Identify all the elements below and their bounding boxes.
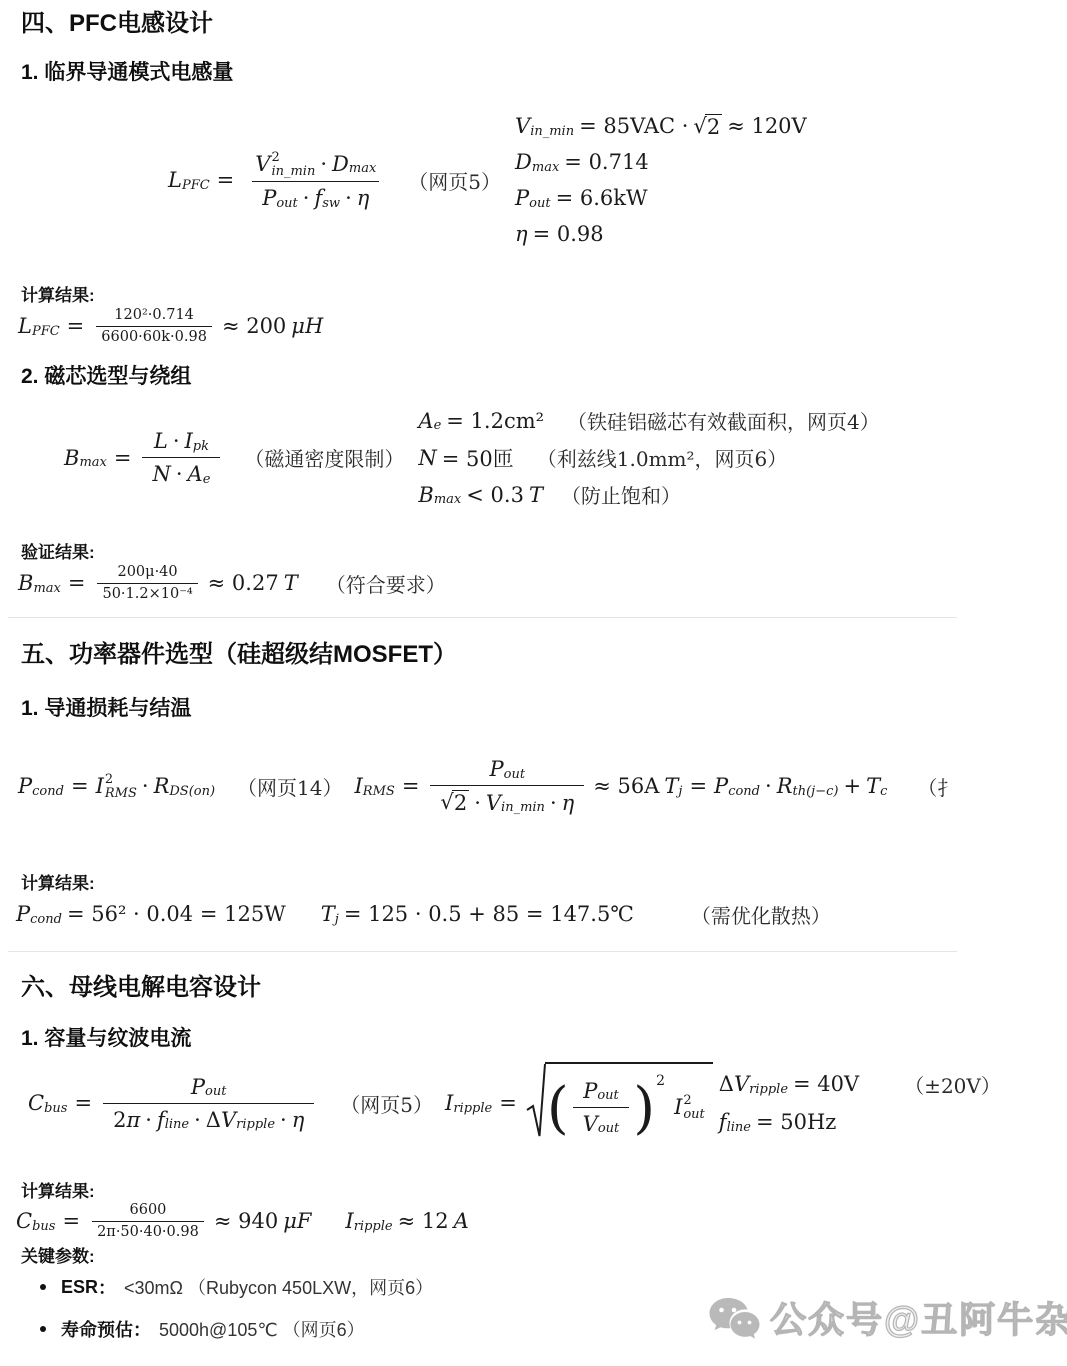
bullet-icon: [40, 1326, 46, 1332]
math-sub: in_min: [271, 165, 315, 179]
math-var: T: [866, 774, 880, 798]
lpfc-equation-row: LPFC = V2in_min · Dmax Pout · fsw · η （网…: [168, 108, 812, 252]
dot-operator: ·: [303, 186, 310, 210]
math-var: T: [664, 774, 678, 798]
math-var: P: [16, 902, 30, 926]
dot-operator: ·: [176, 462, 183, 486]
equals-sign: =: [689, 774, 707, 798]
given-line: Pout = 6.6kW: [515, 180, 653, 216]
equals-sign: =: [67, 314, 85, 338]
math-sub: j: [678, 784, 682, 799]
math-num: 2: [113, 1108, 126, 1132]
math-sub: bus: [44, 1101, 67, 1116]
math-sub: cond: [728, 784, 760, 799]
math-var: I: [445, 1091, 453, 1115]
math-var: V: [734, 1072, 749, 1096]
dot-operator: ·: [194, 1108, 201, 1132]
fraction-numerator: 6600: [125, 1201, 172, 1220]
lpfc-formula: LPFC = V2in_min · Dmax Pout · fsw · η: [168, 150, 390, 210]
fraction-numerator: Pout: [480, 757, 536, 785]
supsub: 2out: [683, 1094, 704, 1121]
equals-sign: =: [71, 774, 89, 798]
math-var: P: [583, 1079, 597, 1103]
math-var: η: [292, 1108, 305, 1132]
small-fraction: 66002π·50·40·0.98: [92, 1201, 204, 1240]
big-sqrt: ( Pout Vout ) 2 I2out: [526, 1062, 713, 1144]
math-var: D: [332, 152, 349, 176]
section-5-title: 五、功率器件选型（硅超级结MOSFET）: [21, 640, 457, 670]
math-sub: ripple: [453, 1101, 492, 1116]
equals-sign: =: [74, 1091, 92, 1115]
math-text: ≈ 56A: [593, 774, 659, 798]
math-var: η: [357, 186, 370, 210]
math-var: A: [418, 409, 433, 433]
pcond-calc-line: Pcond = 56² · 0.04 = 125W Tj = 125 · 0.5…: [16, 897, 831, 931]
fraction-denominator: N · Ae: [142, 457, 220, 486]
math-sub: max: [349, 161, 376, 176]
math-sub: c: [880, 784, 887, 799]
given-values: ΔVripple = 40V （±20V） fline = 50Hz: [719, 1065, 1001, 1141]
math-sub: sw: [322, 196, 340, 211]
math-sub: e: [203, 472, 211, 487]
fraction-numerator: 200μ·40: [112, 563, 182, 582]
math-var: f: [157, 1108, 165, 1132]
math-sup: 2: [105, 773, 113, 787]
math-text: ≈ 12: [398, 1209, 449, 1233]
math-var: μF: [283, 1209, 311, 1233]
lpfc-calc-line: LPFC = 120²·0.7146600·60k·0.98 ≈ 200μH: [18, 302, 323, 350]
equals-sign: =: [499, 1091, 517, 1115]
math-sub: RMS: [105, 787, 137, 801]
math-sub: out: [598, 1121, 619, 1136]
key-params-list: ESR： <30mΩ （Rubycon 450LXW，网页6） 寿命预估： 50…: [40, 1274, 433, 1342]
given-line: Vin_min = 85VAC · √2 ≈ 120V: [515, 108, 812, 144]
math-text: = 125 · 0.5 + 85 = 147.5℃: [344, 902, 634, 926]
math-var: D: [515, 150, 532, 174]
constraint-note: （磁通密度限制）: [244, 443, 404, 472]
math-sub: ripple: [354, 1219, 393, 1234]
math-sub: RMS: [363, 784, 395, 799]
equals-sign: =: [217, 168, 235, 192]
section-6-sub-1: 1. 容量与纹波电流: [21, 1025, 191, 1052]
math-text: = 1.2cm²: [446, 409, 544, 433]
source-note: （网页5）: [408, 166, 501, 195]
section-divider: [8, 617, 957, 618]
math-var: P: [191, 1075, 205, 1099]
wechat-icon: [708, 1296, 760, 1340]
fraction-denominator: 6600·60k·0.98: [96, 326, 212, 346]
section-4-sub-1: 1. 临界导通模式电感量: [21, 59, 233, 86]
math-sub: max: [532, 160, 559, 175]
fraction-denominator: √2 · Vin_min · η: [430, 785, 584, 815]
thermal-note: （需优化散热）: [691, 900, 831, 929]
param-separator: ：: [133, 1316, 151, 1342]
fraction-denominator: 2π·50·40·0.98: [92, 1221, 204, 1241]
param-value: 5000h@105℃ （网页6）: [159, 1316, 365, 1342]
math-sub: out: [597, 1088, 618, 1103]
math-var: V: [583, 1112, 598, 1136]
math-sub: e: [434, 418, 442, 433]
math-var: π: [126, 1108, 140, 1132]
math-var: P: [262, 186, 276, 210]
sqrt: √2: [693, 114, 722, 139]
fraction-numerator: Pout: [181, 1075, 237, 1103]
math-var: L: [168, 168, 182, 192]
math-sub: cond: [30, 912, 62, 927]
math-var: I: [355, 774, 363, 798]
math-text: ≈ 0.27: [208, 571, 279, 595]
iripple-formula: Iripple = ( Pout Vout ) 2 I2out: [445, 1062, 713, 1144]
bmax-equation-row: Bmax = L · Ipk N · Ae （磁通密度限制） Ae = 1.2c…: [64, 402, 880, 513]
math-text: ≈ 200: [222, 314, 286, 338]
math-sub: in_min: [501, 800, 545, 815]
fraction-denominator: 2π · fline · ΔVripple · η: [103, 1103, 314, 1132]
math-sub: PFC: [182, 178, 210, 193]
math-sub: cond: [32, 784, 64, 799]
section-6-title: 六、母线电解电容设计: [21, 973, 261, 1003]
section-4-title: 四、PFC电感设计: [21, 9, 213, 39]
math-var: η: [562, 791, 575, 815]
math-text: < 0.3: [466, 483, 524, 507]
watermark: 公众号@丑阿牛杂谈: [708, 1292, 1067, 1343]
math-sub: line: [727, 1120, 751, 1135]
math-sup: 2: [683, 1094, 691, 1108]
math-text: = 0.98: [533, 222, 604, 246]
math-sup: 2: [656, 1073, 665, 1089]
verify-note: （符合要求）: [326, 569, 446, 598]
math-sub: max: [434, 492, 461, 507]
param-label: ESR: [61, 1277, 98, 1298]
clipped-note: （扌: [917, 772, 957, 801]
math-text: = 50Hz: [756, 1110, 836, 1134]
watermark-text: 公众号@丑阿牛杂谈: [770, 1292, 1067, 1343]
given-line: Dmax = 0.714: [515, 144, 654, 180]
math-var: A: [188, 462, 203, 486]
math-var: N: [152, 462, 170, 486]
math-var: R: [154, 774, 170, 798]
cbus-equation-row: Cbus = Pout 2π · fline · ΔVripple · η （网…: [28, 1062, 1001, 1144]
math-var: P: [515, 186, 529, 210]
tj-formula: Tj = Pcond · Rth(j−c) + Tc: [664, 774, 887, 798]
math-sub: out: [504, 767, 525, 782]
small-fraction: 120²·0.7146600·60k·0.98: [96, 306, 212, 345]
math-text: = 85VAC ·: [579, 114, 688, 138]
math-sub: line: [165, 1117, 189, 1132]
given-values: Vin_min = 85VAC · √2 ≈ 120V Dmax = 0.714…: [515, 108, 812, 252]
irms-formula: IRMS = Pout √2 · Vin_min · η ≈ 56A: [355, 757, 665, 815]
dot-operator: ·: [142, 774, 149, 798]
fraction-denominator: Vout: [573, 1107, 630, 1136]
tolerance-note: （±20V）: [904, 1070, 1001, 1099]
dot-operator: ·: [345, 186, 352, 210]
math-sub: PFC: [32, 324, 60, 339]
math-var: L: [154, 429, 168, 453]
given-line: Bmax < 0.3T （防止饱和）: [418, 476, 681, 513]
math-var: B: [64, 446, 79, 470]
math-sub: out: [276, 196, 297, 211]
math-var: T: [529, 483, 543, 507]
given-line: Ae = 1.2cm² （铁硅铝磁芯有效截面积，网页4）: [418, 402, 879, 439]
cbus-formula: Cbus = Pout 2π · fline · ΔVripple · η: [28, 1075, 318, 1132]
math-var: A: [454, 1209, 469, 1233]
document-page: 四、PFC电感设计 1. 临界导通模式电感量 LPFC = V2in_min ·…: [0, 0, 1067, 1366]
math-sub: out: [529, 196, 550, 211]
math-sub: DS(on): [169, 784, 215, 799]
source-note: （利兹线1.0mm²，网页6）: [537, 443, 787, 472]
math-var: V: [486, 791, 501, 815]
math-sub: max: [33, 581, 60, 596]
math-sup: 2: [271, 151, 279, 165]
math-text: = 0.714: [564, 150, 648, 174]
math-var: T: [321, 902, 335, 926]
fraction: Pout √2 · Vin_min · η: [430, 757, 584, 815]
source-note: （网页5）: [340, 1089, 433, 1118]
supsub: 2in_min: [271, 151, 315, 178]
equals-sign: =: [402, 774, 420, 798]
math-sub: pk: [193, 439, 209, 454]
math-text: = 50匝: [442, 443, 514, 473]
math-var: P: [714, 774, 728, 798]
math-var: T: [284, 571, 298, 595]
fraction-denominator: 50·1.2×10⁻⁴: [97, 583, 197, 603]
plus-operator: +: [843, 774, 861, 798]
section-divider: [8, 951, 957, 952]
math-sub: ripple: [236, 1117, 275, 1132]
pcond-formula: Pcond = I2RMS · RDS(on): [18, 772, 215, 799]
delta-symbol: Δ: [206, 1108, 221, 1132]
bullet-icon: [40, 1284, 46, 1290]
math-var: V: [515, 114, 530, 138]
math-var: I: [345, 1209, 353, 1233]
list-item: 寿命预估： 5000h@105℃ （网页6）: [40, 1316, 433, 1342]
given-line: fline = 50Hz: [719, 1103, 842, 1141]
equals-sign: =: [114, 446, 132, 470]
equals-sign: =: [68, 571, 86, 595]
param-value: <30mΩ （Rubycon 450LXW，网页6）: [124, 1274, 433, 1300]
math-var: V: [255, 152, 270, 176]
section-4-sub-2: 2. 磁芯选型与绕组: [21, 363, 191, 390]
math-sub: th(j−c): [793, 784, 839, 799]
dot-operator: ·: [173, 429, 180, 453]
pcond-equation-row: Pcond = I2RMS · RDS(on) （网页14） IRMS = Po…: [18, 757, 1067, 815]
sqrt-body: ( Pout Vout ) 2 I2out: [545, 1062, 713, 1144]
math-var: N: [418, 446, 436, 470]
equals-sign: =: [62, 1209, 80, 1233]
sqrt: √2: [440, 790, 469, 815]
section-5-sub-1: 1. 导通损耗与结温: [21, 695, 191, 722]
delta-symbol: Δ: [719, 1072, 734, 1096]
key-params-label: 关键参数:: [21, 1242, 95, 1267]
given-values: Ae = 1.2cm² （铁硅铝磁芯有效截面积，网页4） N = 50匝 （利兹…: [418, 402, 879, 513]
bmax-formula: Bmax = L · Ipk N · Ae: [64, 429, 224, 486]
dot-operator: ·: [280, 1108, 287, 1132]
math-sub: in_min: [530, 124, 574, 139]
math-var: I: [185, 429, 193, 453]
math-var: R: [777, 774, 793, 798]
fraction: Pout Vout: [573, 1079, 630, 1136]
cbus-calc-line: Cbus = 66002π·50·40·0.98 ≈ 940μF Iripple…: [16, 1198, 469, 1244]
list-item: ESR： <30mΩ （Rubycon 450LXW，网页6）: [40, 1274, 433, 1300]
fraction: V2in_min · Dmax Pout · fsw · η: [245, 150, 386, 210]
math-var: B: [18, 571, 33, 595]
math-text: = 56² · 0.04 = 125W: [67, 902, 286, 926]
math-sub: max: [79, 455, 106, 470]
math-sub: out: [205, 1084, 226, 1099]
math-var: V: [221, 1108, 236, 1132]
dot-operator: ·: [474, 791, 481, 815]
math-sub: ripple: [749, 1082, 788, 1097]
math-sub: j: [335, 912, 339, 927]
math-sub: bus: [32, 1219, 55, 1234]
fraction-numerator: V2in_min · Dmax: [245, 150, 386, 181]
fraction-numerator: 120²·0.714: [109, 306, 199, 325]
math-var: I: [96, 774, 104, 798]
sqrt-body: 2: [705, 114, 722, 139]
math-var: P: [490, 757, 504, 781]
radical-sign: [526, 1062, 546, 1144]
math-var: η: [515, 222, 528, 246]
math-text: ≈ 120V: [727, 114, 807, 138]
math-var: P: [18, 774, 32, 798]
bmax-verify-line: Bmax = 200μ·4050·1.2×10⁻⁴ ≈ 0.27T （符合要求）: [18, 559, 446, 607]
math-var: L: [18, 314, 32, 338]
math-sub: out: [683, 1108, 704, 1122]
given-line: η = 0.98: [515, 216, 609, 252]
dot-operator: ·: [765, 774, 772, 798]
math-var: f: [314, 186, 322, 210]
fraction: Pout 2π · fline · ΔVripple · η: [103, 1075, 314, 1132]
sqrt-body: 2: [452, 790, 469, 815]
dot-operator: ·: [145, 1108, 152, 1132]
fraction-numerator: L · Ipk: [144, 429, 219, 457]
calc-result-label: 计算结果:: [21, 869, 95, 894]
math-var: I: [674, 1095, 682, 1119]
supsub: 2RMS: [105, 773, 137, 800]
math-var: C: [28, 1091, 44, 1115]
math-text: = 40V: [793, 1072, 859, 1096]
math-text: = 6.6kW: [556, 186, 648, 210]
given-line: N = 50匝 （利兹线1.0mm²，网页6）: [418, 439, 787, 476]
math-var: B: [418, 483, 433, 507]
math-var: C: [16, 1209, 32, 1233]
dot-operator: ·: [550, 791, 557, 815]
math-var: μH: [291, 314, 323, 338]
small-fraction: 200μ·4050·1.2×10⁻⁴: [97, 563, 197, 602]
source-note: （防止饱和）: [561, 480, 681, 509]
fraction: L · Ipk N · Ae: [142, 429, 220, 486]
param-separator: ：: [98, 1274, 116, 1300]
source-note: （铁硅铝磁芯有效截面积，网页4）: [567, 406, 880, 435]
param-label: 寿命预估: [61, 1316, 133, 1342]
fraction-numerator: Pout: [573, 1079, 629, 1107]
source-note: （网页14）: [237, 772, 342, 801]
math-var: f: [719, 1110, 727, 1134]
dot-operator: ·: [320, 152, 327, 176]
given-line: ΔVripple = 40V （±20V）: [719, 1065, 1001, 1103]
math-text: ≈ 940: [214, 1209, 278, 1233]
fraction-denominator: Pout · fsw · η: [252, 181, 379, 210]
